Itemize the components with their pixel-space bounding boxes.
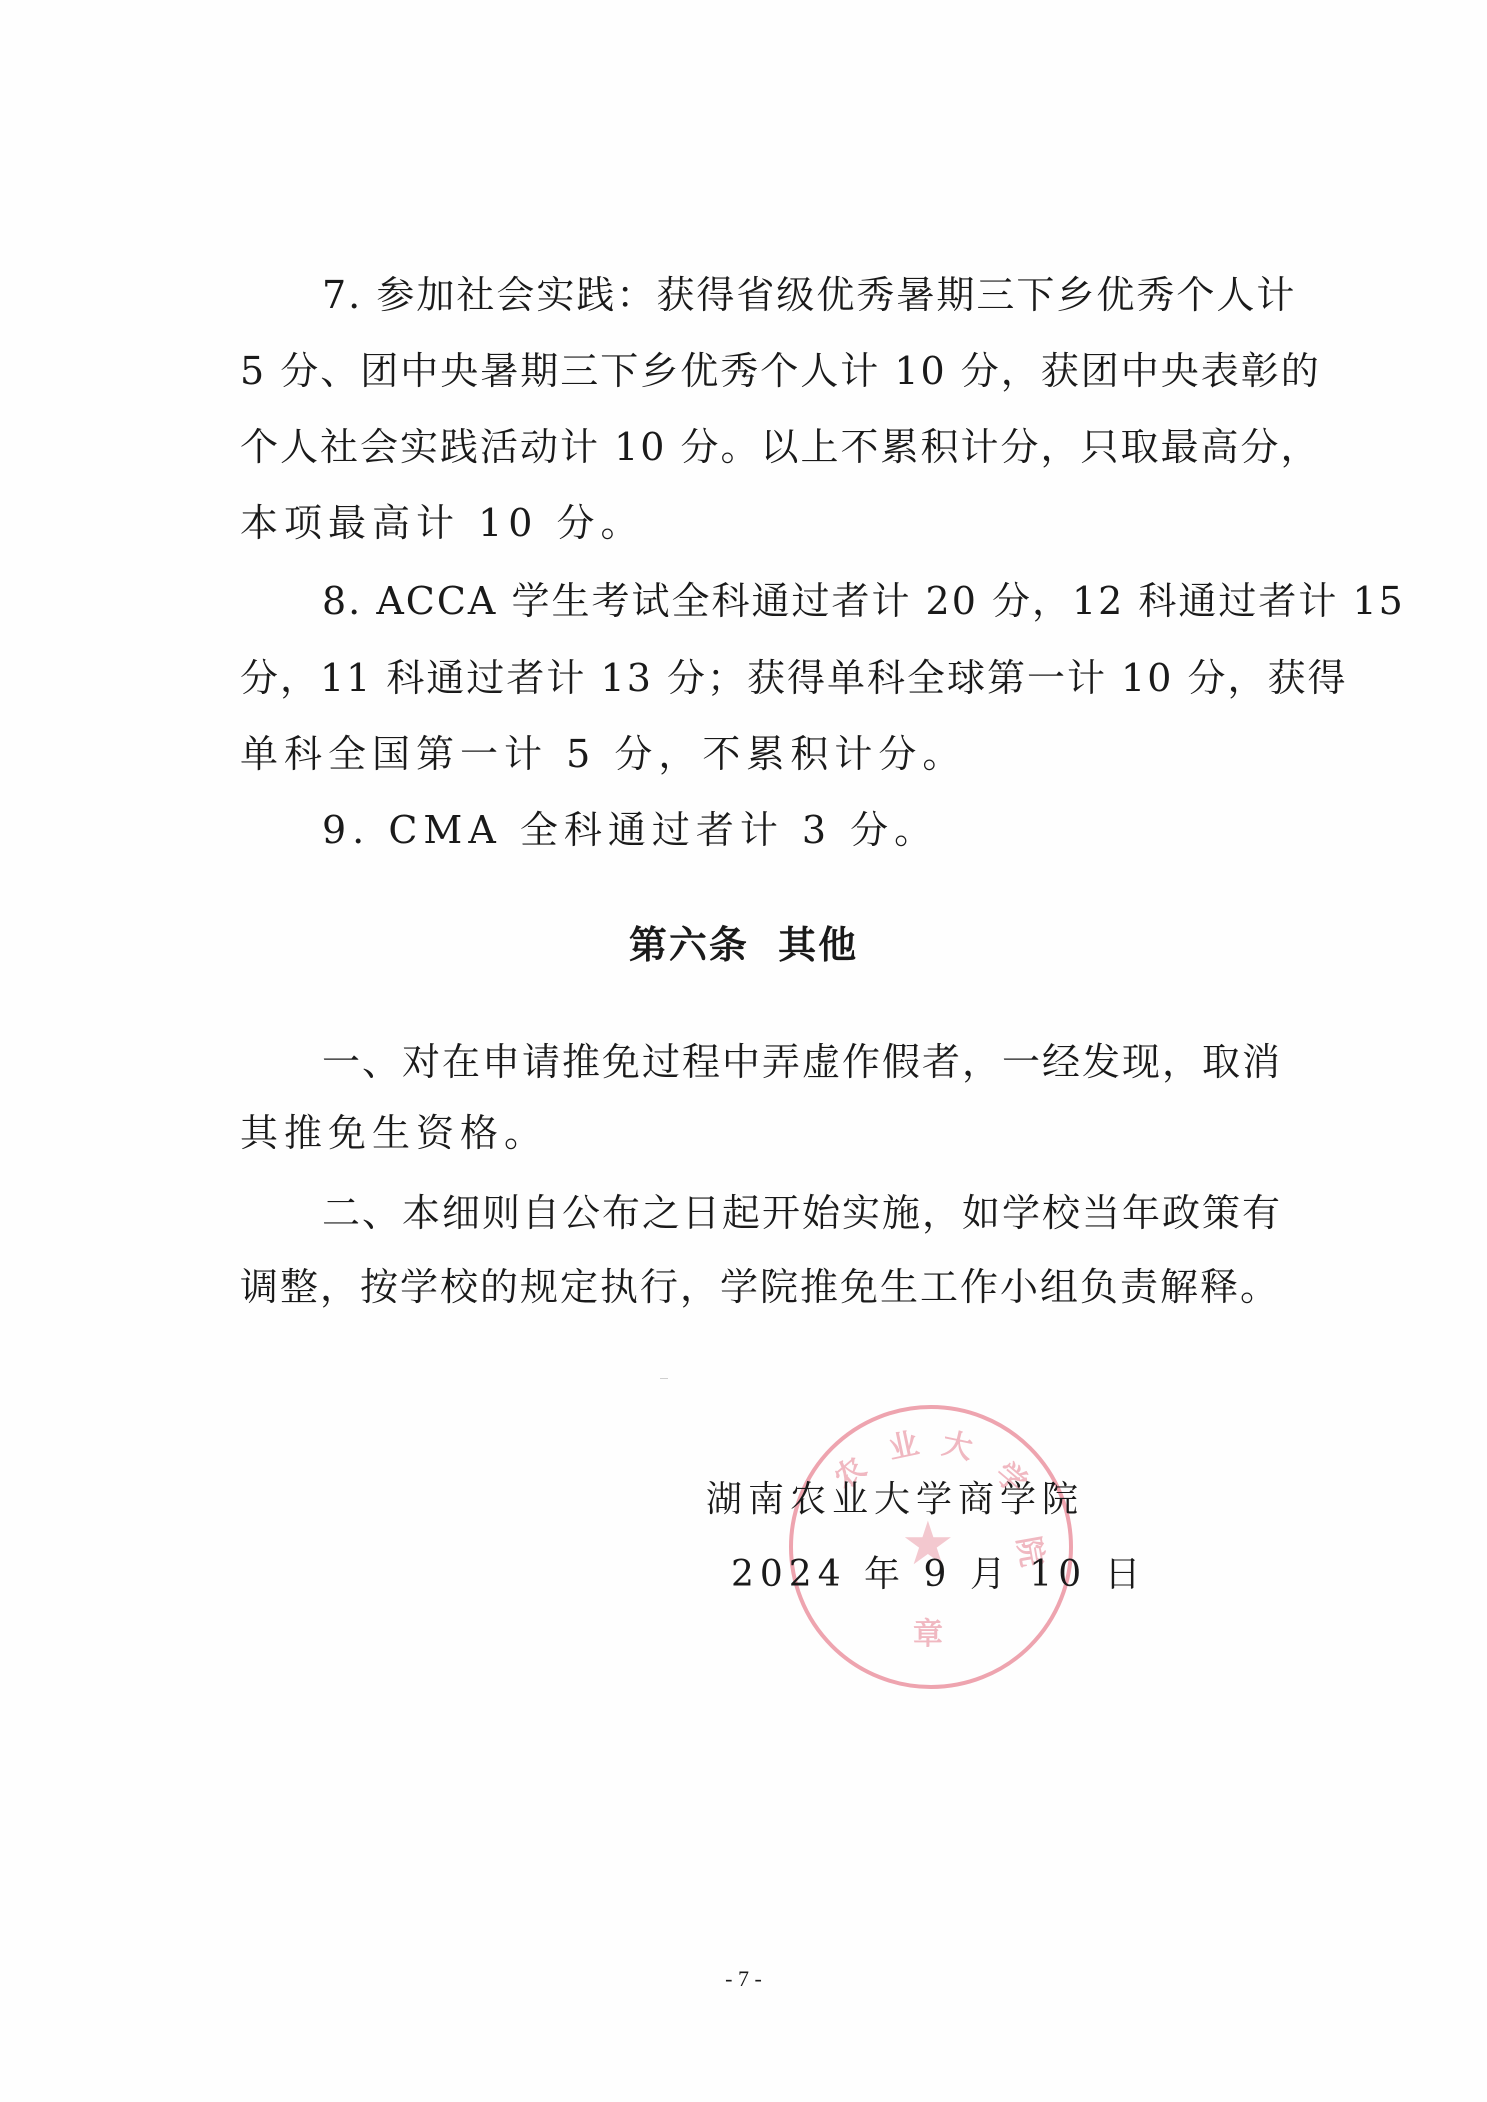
- signature-date: 2024 年 9 月 10 日: [731, 1550, 1147, 1600]
- item-9-line-1: 9. CMA 全科通过者计 3 分。: [322, 805, 1262, 855]
- clause-1-line-1: 一、对在申请推免过程中弄虚作假者，一经发现，取消: [322, 1037, 1262, 1087]
- official-seal-stamp: ★ 农 业 大 学 院 章: [789, 1405, 1073, 1689]
- item-7-line-3: 个人社会实践活动计 10 分。以上不累积计分，只取最高分，: [240, 422, 1262, 472]
- item-8-line-1: 8. ACCA 学生考试全科通过者计 20 分，12 科通过者计 15: [322, 576, 1262, 626]
- item-7-line-1: 7. 参加社会实践：获得省级优秀暑期三下乡优秀个人计: [322, 270, 1262, 320]
- clause-2-line-1: 二、本细则自公布之日起开始实施，如学校当年政策有: [322, 1188, 1262, 1238]
- document-page: 7. 参加社会实践：获得省级优秀暑期三下乡优秀个人计 5 分、团中央暑期三下乡优…: [0, 0, 1487, 2102]
- section-heading: 第六条 其他: [0, 920, 1487, 970]
- item-8-line-2: 分，11 科通过者计 13 分；获得单科全球第一计 10 分，获得: [240, 653, 1262, 703]
- scan-mark: [660, 1378, 668, 1379]
- item-7-line-4: 本项最高计 10 分。: [240, 498, 1262, 548]
- clause-2-line-2: 调整，按学校的规定执行，学院推免生工作小组负责解释。: [240, 1262, 1262, 1312]
- page-number: - 7 -: [0, 1964, 1487, 1994]
- signature-organization: 湖南农业大学商学院: [706, 1475, 1084, 1525]
- stamp-fragment: 章: [913, 1609, 943, 1653]
- item-8-line-3: 单科全国第一计 5 分，不累积计分。: [240, 729, 1262, 779]
- clause-1-line-2: 其推免生资格。: [240, 1108, 1262, 1158]
- stamp-fragment: 业: [884, 1418, 922, 1467]
- item-7-line-2: 5 分、团中央暑期三下乡优秀个人计 10 分，获团中央表彰的: [240, 346, 1262, 396]
- stamp-fragment: 大: [939, 1418, 977, 1467]
